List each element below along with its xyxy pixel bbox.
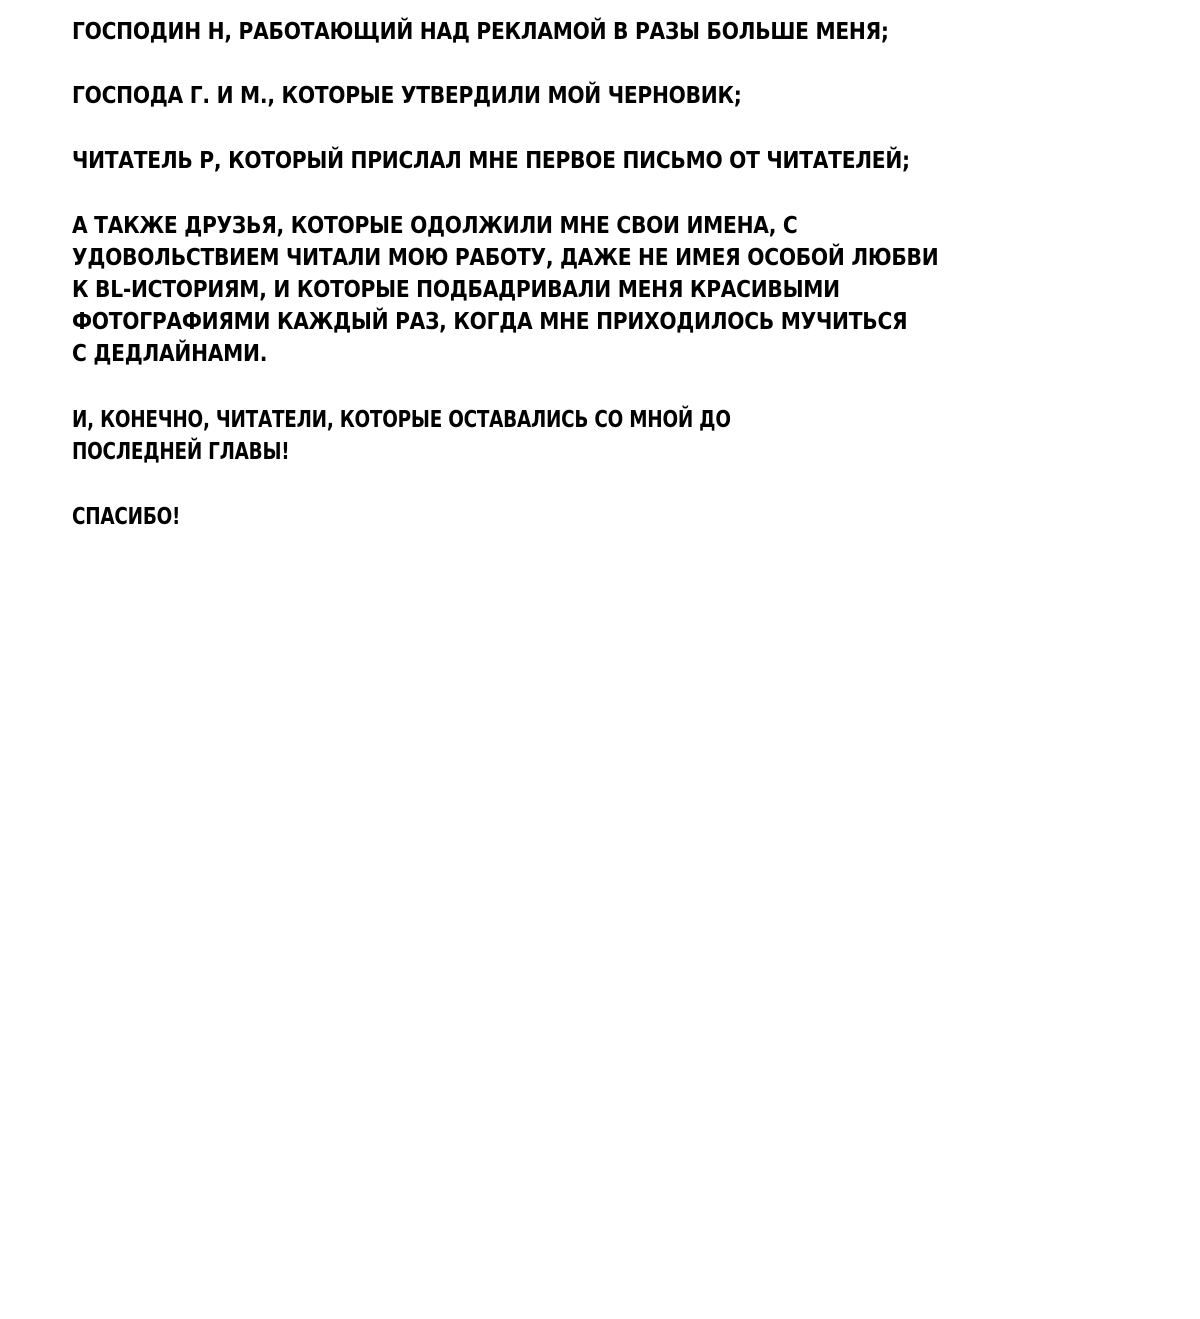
document-page: ГОСПОДИН Н, РАБОТАЮЩИЙ НАД РЕКЛАМОЙ В РА… xyxy=(0,0,1200,1319)
paragraph-friends-line: ФОТОГРАФИЯМИ КАЖДЫЙ РАЗ, КОГДА МНЕ ПРИХО… xyxy=(72,306,907,338)
paragraph-mr-n: ГОСПОДИН Н, РАБОТАЮЩИЙ НАД РЕКЛАМОЙ В РА… xyxy=(72,16,889,48)
paragraph-friends-line: УДОВОЛЬСТВИЕМ ЧИТАЛИ МОЮ РАБОТУ, ДАЖЕ НЕ… xyxy=(72,242,938,274)
paragraph-messrs-g-m: ГОСПОДА Г. И М., КОТОРЫЕ УТВЕРДИЛИ МОЙ Ч… xyxy=(72,80,742,112)
paragraph-readers-line: И, КОНЕЧНО, ЧИТАТЕЛИ, КОТОРЫЕ ОСТАВАЛИСЬ… xyxy=(72,404,731,436)
paragraph-friends-line: С ДЕДЛАЙНАМИ. xyxy=(72,338,267,370)
thank-you-text: СПАСИБО! xyxy=(72,501,180,533)
paragraph-friends-line: К BL-ИСТОРИЯМ, И КОТОРЫЕ ПОДБАДРИВАЛИ МЕ… xyxy=(72,274,840,306)
paragraph-friends-line: А ТАКЖЕ ДРУЗЬЯ, КОТОРЫЕ ОДОЛЖИЛИ МНЕ СВО… xyxy=(72,210,798,242)
paragraph-readers-line: ПОСЛЕДНЕЙ ГЛАВЫ! xyxy=(72,436,289,468)
paragraph-reader-r: ЧИТАТЕЛЬ Р, КОТОРЫЙ ПРИСЛАЛ МНЕ ПЕРВОЕ П… xyxy=(72,145,910,177)
